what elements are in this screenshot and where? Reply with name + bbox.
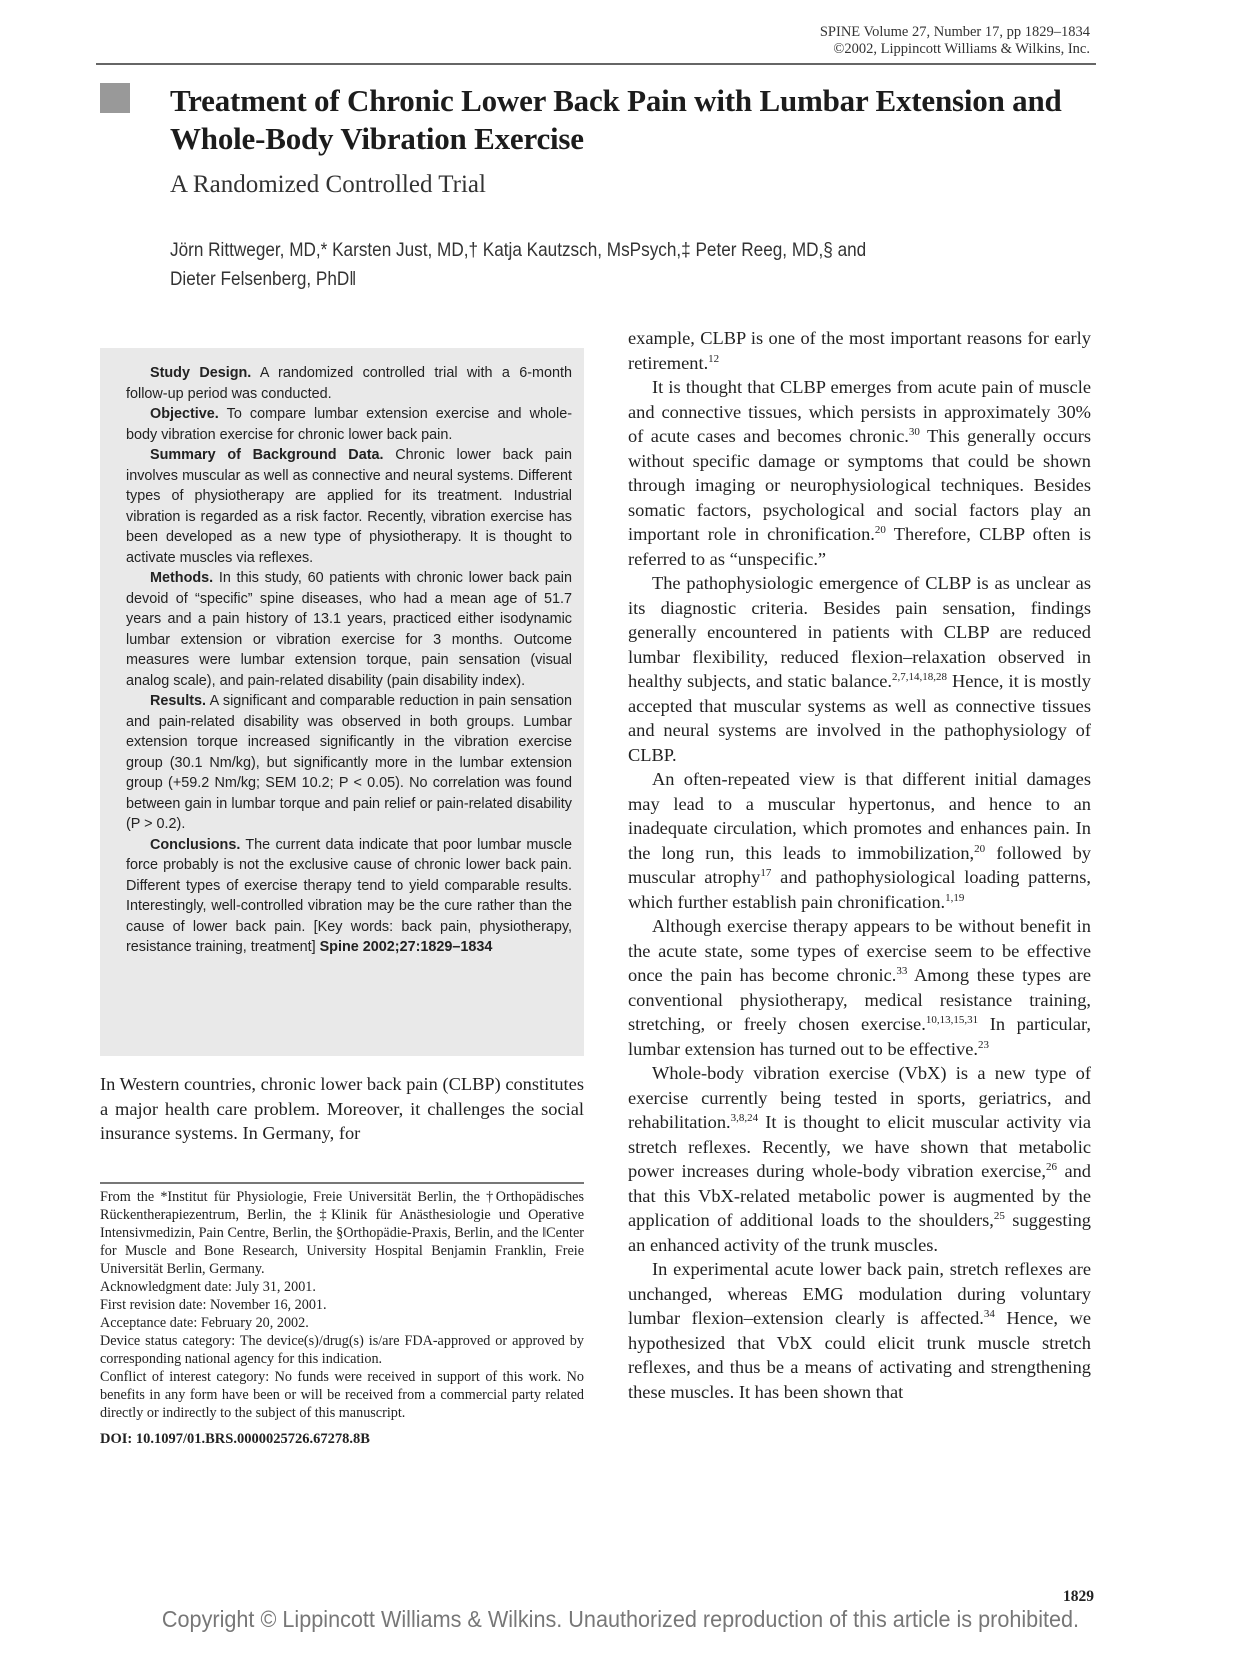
authors-line-2: Dieter Felsenberg, PhD‖ (170, 265, 927, 294)
article-title: Treatment of Chronic Lower Back Pain wit… (170, 82, 1070, 158)
copyright-notice: Copyright © Lippincott Williams & Wilkin… (37, 1606, 1204, 1633)
abstract-heading: Conclusions. (150, 837, 240, 853)
citation-ref[interactable]: 23 (978, 1039, 989, 1051)
acknowledgment-date: Acknowledgment date: July 31, 2001. (100, 1278, 584, 1296)
intro-paragraph: In Western countries, chronic lower back… (100, 1072, 584, 1146)
page-number: 1829 (1040, 1588, 1094, 1606)
abstract-body: The current data indicate that poor lumb… (126, 837, 572, 956)
affiliations: From the *Institut für Physiologie, Frei… (100, 1188, 584, 1278)
body-paragraph: Although exercise therapy appears to be … (628, 914, 1091, 1061)
authors-line-1: Jörn Rittweger, MD,* Karsten Just, MD,† … (170, 236, 927, 265)
text-run: example, CLBP is one of the most importa… (628, 328, 1091, 373)
citation-ref[interactable]: 20 (875, 524, 886, 536)
abstract-body: In this study, 60 patients with chronic … (126, 570, 572, 689)
running-head: SPINE Volume 27, Number 17, pp 1829–1834… (790, 24, 1090, 58)
body-left-column: In Western countries, chronic lower back… (100, 1072, 584, 1146)
footnote-rule (100, 1182, 584, 1184)
citation-ref[interactable]: 10,13,15,31 (926, 1014, 978, 1026)
abstract-background: Summary of Background Data. Chronic lowe… (126, 445, 572, 568)
abstract-objective: Objective. To compare lumbar extension e… (126, 404, 572, 445)
abstract-conclusions: Conclusions. The current data indicate t… (126, 835, 572, 958)
abstract-study-design: Study Design. A randomized controlled tr… (126, 363, 572, 404)
citation-ref[interactable]: 25 (994, 1210, 1005, 1222)
citation-ref[interactable]: 30 (909, 426, 920, 438)
body-paragraph: In experimental acute lower back pain, s… (628, 1257, 1091, 1404)
body-paragraph: Whole-body vibration exercise (VbX) is a… (628, 1061, 1091, 1257)
citation-ref[interactable]: 3,8,24 (731, 1112, 759, 1124)
section-marker-square (100, 83, 130, 113)
header-rule (96, 63, 1096, 65)
body-paragraph: It is thought that CLBP emerges from acu… (628, 375, 1091, 571)
body-paragraph: The pathophysiologic emergence of CLBP i… (628, 571, 1091, 767)
abstract-citation: Spine 2002;27:1829–1834 (320, 939, 493, 955)
abstract-text: Study Design. A randomized controlled tr… (126, 363, 572, 958)
citation-ref[interactable]: 20 (974, 843, 985, 855)
device-status: Device status category: The device(s)/dr… (100, 1332, 584, 1368)
abstract-heading: Summary of Background Data. (150, 447, 384, 463)
conflict-of-interest: Conflict of interest category: No funds … (100, 1368, 584, 1422)
first-revision-date: First revision date: November 16, 2001. (100, 1296, 584, 1314)
body-paragraph: An often-repeated view is that different… (628, 767, 1091, 914)
body-right-column: example, CLBP is one of the most importa… (628, 326, 1091, 1404)
abstract-body: A significant and comparable reduction i… (126, 693, 572, 832)
abstract-methods: Methods. In this study, 60 patients with… (126, 568, 572, 691)
citation-ref[interactable]: 26 (1046, 1161, 1057, 1173)
citation-ref[interactable]: 2,7,14,18,28 (892, 671, 947, 683)
abstract-results: Results. A significant and comparable re… (126, 691, 572, 835)
abstract-heading: Methods. (150, 570, 213, 586)
abstract-body: Chronic lower back pain involves muscula… (126, 447, 572, 566)
author-list: Jörn Rittweger, MD,* Karsten Just, MD,† … (170, 236, 927, 294)
article-subtitle: A Randomized Controlled Trial (170, 170, 1070, 200)
journal-citation: SPINE Volume 27, Number 17, pp 1829–1834 (790, 24, 1090, 41)
citation-ref[interactable]: 34 (984, 1308, 995, 1320)
title-block: Treatment of Chronic Lower Back Pain wit… (170, 82, 1070, 200)
citation-ref[interactable]: 17 (760, 867, 771, 879)
citation-ref[interactable]: 1,19 (945, 892, 964, 904)
acceptance-date: Acceptance date: February 20, 2002. (100, 1314, 584, 1332)
abstract-heading: Results. (150, 693, 206, 709)
citation-ref[interactable]: 12 (708, 353, 719, 365)
copyright-line: ©2002, Lippincott Williams & Wilkins, In… (790, 41, 1090, 58)
citation-ref[interactable]: 33 (896, 965, 907, 977)
abstract-heading: Study Design. (150, 365, 251, 381)
abstract-box: Study Design. A randomized controlled tr… (100, 348, 584, 1056)
body-paragraph: example, CLBP is one of the most importa… (628, 326, 1091, 375)
footnotes: From the *Institut für Physiologie, Frei… (100, 1188, 584, 1448)
abstract-heading: Objective. (150, 406, 219, 422)
doi-link[interactable]: DOI: 10.1097/01.BRS.0000025726.67278.8B (100, 1430, 584, 1448)
